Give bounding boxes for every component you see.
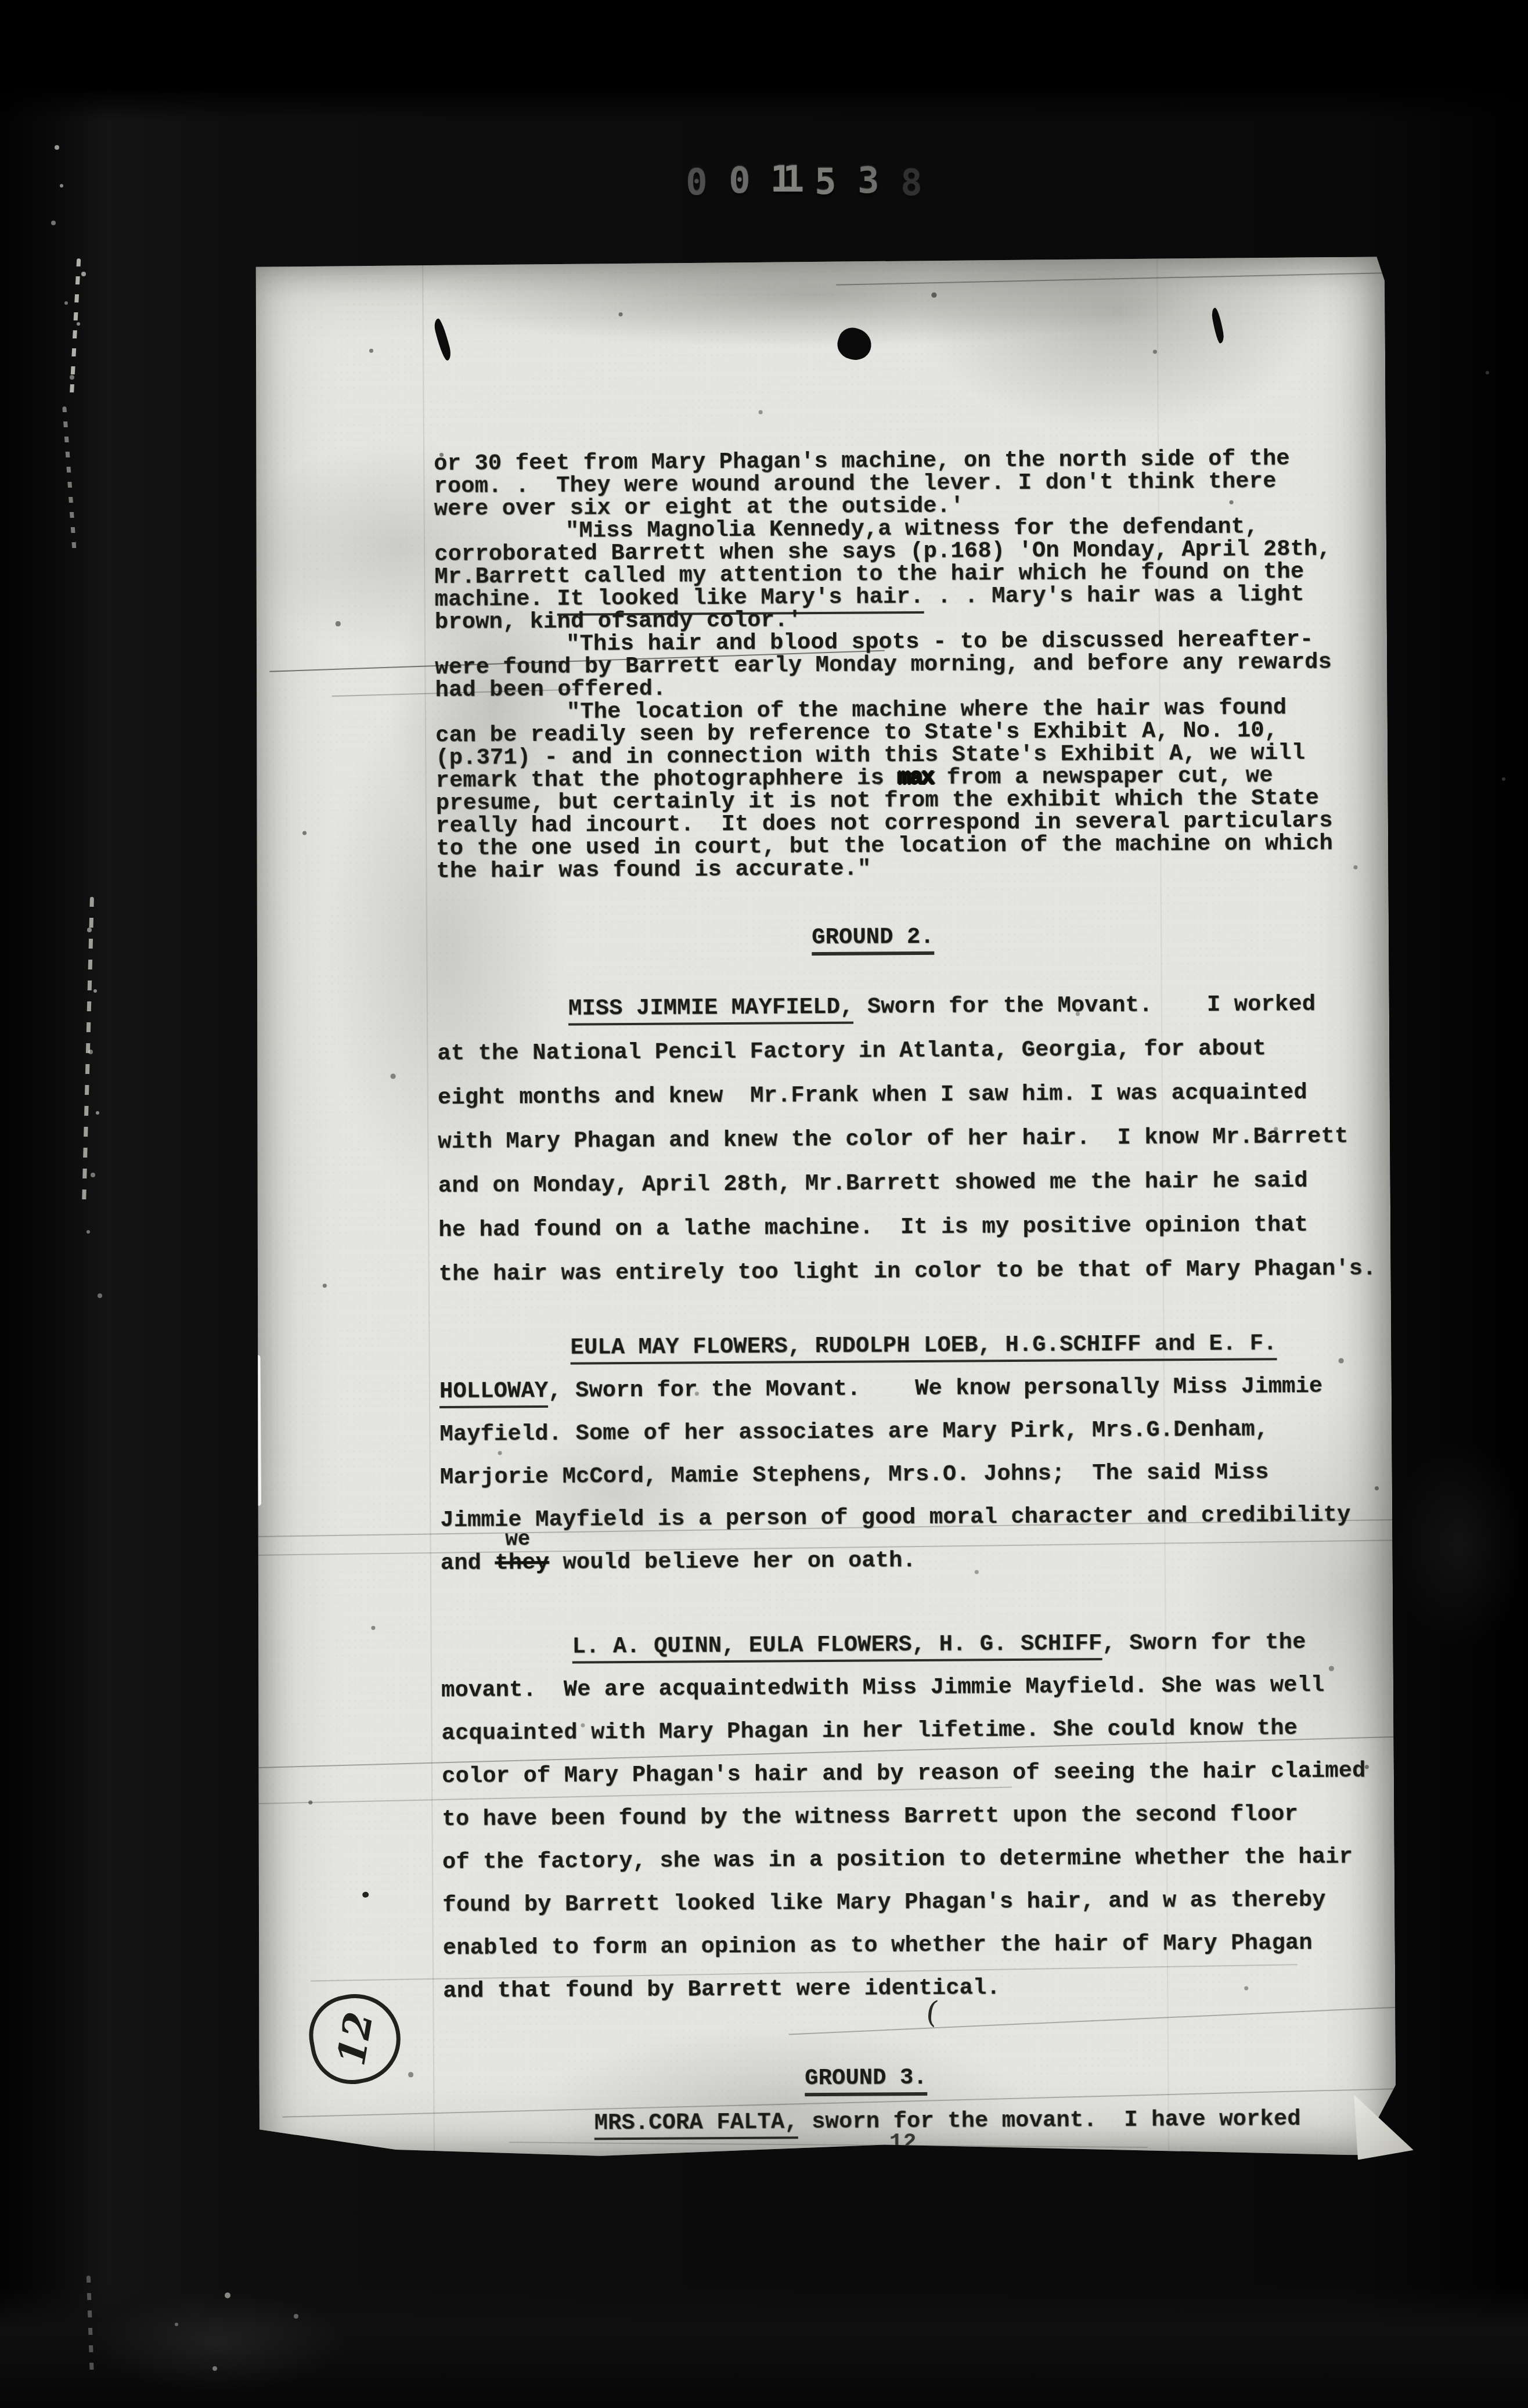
typed-line: the hair was entirely too light in color… — [439, 1256, 1376, 1287]
witness-name: MISS JIMMIE MAYFIELD, — [568, 994, 854, 1026]
paper-speckles — [248, 264, 250, 265]
film-top-band — [0, 0, 1528, 122]
film-edge-scratch — [62, 406, 76, 551]
typed-line: and on Monday, April 28th, Mr.Barrett sh… — [438, 1168, 1308, 1199]
typed-line: EULA MAY FLOWERS, RUDOLPH LOEB, H.G.SCHI… — [570, 1331, 1277, 1360]
typed-line: and that found by Barrett were identical… — [443, 1975, 1000, 2004]
typed-line: Marjorie McCord, Mamie Stephens, Mrs.O. … — [440, 1459, 1269, 1490]
stamp-digit: 11 — [761, 154, 804, 204]
microfilm-frame: 0 0 11 5 3 8 ( or 30 — [0, 0, 1528, 2408]
document-page: ( or 30 feet from Mary Phagan's machine,… — [248, 257, 1396, 2162]
stamp-digit: 5 — [804, 157, 847, 207]
witness-name: HOLLOWAY — [439, 1378, 549, 1408]
typed-line: MRS.CORA FALTA, sworn for the movant. I … — [594, 2106, 1300, 2136]
film-dust-specks — [0, 0, 2, 2]
inserted-word: we — [505, 1527, 530, 1552]
underlined-heading: GROUND 2. — [812, 924, 934, 956]
typed-line: color of Mary Phagan's hair and by reaso… — [442, 1758, 1366, 1789]
typed-line: Mayfield. Some of her associates are Mar… — [439, 1416, 1268, 1447]
text-segment: , Sworn for the Movant. We know personal… — [548, 1374, 1322, 1404]
stamp-digit: 3 — [847, 156, 890, 206]
film-bottom-blotch — [87, 2293, 348, 2392]
text-segment: Sworn for the Movant. I worked — [853, 992, 1316, 1020]
typed-line: L. A. QUINN, EULA FLOWERS, H. G. SCHIFF,… — [572, 1630, 1306, 1660]
typed-line: to have been found by the witness Barret… — [442, 1801, 1298, 1832]
typed-line: MISS JIMMIE MAYFIELD, Sworn for the Mova… — [568, 992, 1316, 1022]
text-segment: . . Mary's hair was a light — [924, 582, 1304, 610]
typed-line: the hair was found is accurate." — [436, 856, 871, 884]
typed-line: with Mary Phagan and knew the color of h… — [438, 1123, 1348, 1155]
typed-line: and theywe would believe her on oath. — [441, 1548, 916, 1576]
typed-line: machine. It looked like Mary's hair. . .… — [434, 582, 1304, 612]
typed-line: of the factory, she was in a position to… — [442, 1844, 1353, 1875]
typed-text-layer: or 30 feet from Mary Phagan's machine, o… — [248, 257, 1396, 2162]
underlined-heading: GROUND 3. — [805, 2065, 927, 2096]
section-heading-ground-2: GROUND 2. — [812, 924, 934, 950]
typed-line: acquainted with Mary Phagan in her lifet… — [441, 1715, 1298, 1746]
typed-line: enabled to form an opinion as to whether… — [443, 1930, 1313, 1961]
text-segment: , Sworn for the — [1102, 1630, 1306, 1656]
typed-line: HOLLOWAY, Sworn for the Movant. We know … — [439, 1374, 1323, 1404]
paper-edge-tear — [253, 821, 257, 873]
overstruck-word: max — [898, 765, 933, 791]
typed-page-number: 12 — [889, 2130, 917, 2155]
film-edge-scratch — [70, 258, 81, 398]
typed-line: movant. We are acquaintedwith Miss Jimmi… — [441, 1672, 1324, 1703]
frame-number-stamp: 0 0 11 5 3 8 — [675, 156, 933, 206]
witness-name: MRS.CORA FALTA, — [594, 2109, 798, 2140]
typed-line: eight months and knew Mr.Frank when I sa… — [438, 1080, 1307, 1111]
stamp-digit: 0 — [675, 157, 718, 207]
stamp-digit: 0 — [718, 156, 761, 206]
film-edge-scratch — [82, 897, 94, 1205]
handwritten-page-number: 12 — [329, 2009, 382, 2069]
witness-name: EULA MAY FLOWERS, RUDOLPH LOEB, H.G.SCHI… — [570, 1331, 1277, 1364]
section-heading-ground-3: GROUND 3. — [805, 2065, 927, 2091]
text-segment: would believe her on oath. — [549, 1548, 916, 1576]
witness-name: L. A. QUINN, EULA FLOWERS, H. G. SCHIFF — [572, 1631, 1102, 1664]
typed-line: to the one used in court, but the locati… — [436, 831, 1333, 861]
film-right-blotch — [1393, 1440, 1527, 1649]
typed-line: at the National Pencil Factory in Atlant… — [437, 1036, 1266, 1066]
stamp-digit: 8 — [890, 158, 933, 208]
typed-line: found by Barrett looked like Mary Phagan… — [442, 1887, 1325, 1918]
struck-word: they — [495, 1550, 549, 1576]
typed-line: Jimmie Mayfield is a person of good mora… — [440, 1502, 1350, 1533]
typed-line: he had found on a lathe machine. It is m… — [438, 1212, 1308, 1243]
text-segment: and — [441, 1550, 495, 1576]
text-segment: sworn for the movant. I have worked — [798, 2106, 1301, 2135]
typed-line: were found by Barrett early Monday morni… — [435, 650, 1332, 680]
